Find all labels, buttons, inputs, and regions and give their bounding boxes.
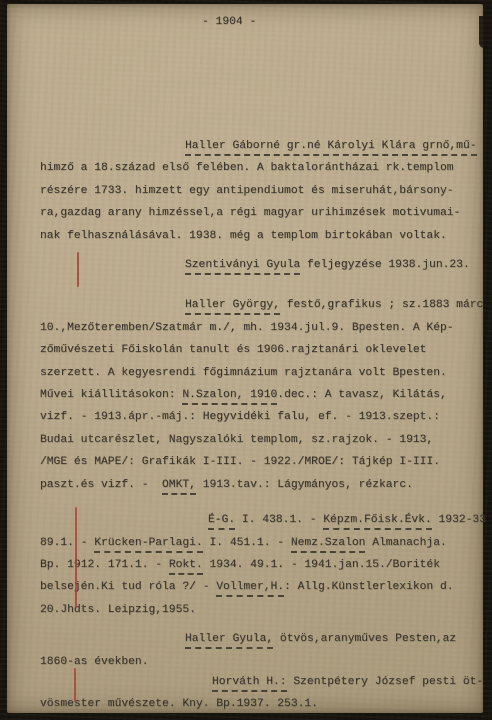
text-line: 10.,Mezőteremben/Szatmár m./, mh. 1934.j…: [40, 317, 488, 339]
text-line: paszt.és vizf. - OMKT, 1913.tav.: Lágymá…: [40, 474, 488, 496]
text-line: Művei kiállitásokon: N.Szalon, 1910.dec.…: [40, 384, 488, 406]
underlined-text: Haller György,: [185, 299, 280, 315]
text-segment: vizf. - 1913.ápr.-máj.: Hegyvidéki falu,…: [40, 411, 440, 423]
text-block: Haller Gáborné gr.né Károlyi Klára grnő,…: [40, 135, 488, 716]
text-segment: feljegyzése 1938.jun.23.: [300, 259, 469, 271]
text-segment: 10.,Mezőteremben/Szatmár m./, mh. 1934.j…: [40, 322, 454, 334]
text-segment: ötvös,aranyműves Pesten,az: [273, 633, 456, 645]
text-line: vizf. - 1913.ápr.-máj.: Hegyvidéki falu,…: [40, 406, 488, 428]
text-segment: Budai utcarészlet, Nagyszalóki templom, …: [40, 434, 433, 446]
text-segment: zőművészeti Főiskolán tanult és 1906.raj…: [40, 344, 426, 356]
source-note-horvath: Horváth H.: Szentpétery József pesti öt-…: [40, 671, 488, 716]
underlined-text: OMKT,: [162, 479, 196, 495]
text-line: himző a 18.század első felében. A baktal…: [40, 157, 488, 179]
text-segment: részére 1733. himzett egy antipendiumot …: [40, 185, 454, 197]
text-segment: Szentpétery József pesti öt-: [287, 676, 484, 688]
text-segment: paszt.és vizf. -: [40, 479, 162, 491]
page-number: - 1904 -: [202, 16, 256, 28]
text-segment: festő,grafikus ; sz.1883 márc: [280, 299, 483, 311]
underlined-text: N.Szalon, 1910: [182, 389, 277, 405]
entry-haller-gyorgy: Haller György, festő,grafikus ; sz.1883 …: [40, 294, 488, 496]
text-segment: 1860-as években.: [40, 656, 148, 668]
text-segment: Művei kiállitásokon:: [40, 389, 182, 401]
text-line: Haller Gyula, ötvös,aranyműves Pesten,az: [40, 628, 488, 650]
text-segment: ra,gazdag arany himzéssel,a régi magyar …: [40, 207, 460, 219]
underlined-text: Horváth H.:: [212, 676, 287, 692]
text-line: Bp. 1912. 171.1. - Rokt. 1934. 49.1. - 1…: [40, 554, 488, 576]
text-line: /MGE és MAPE/: Grafikák I-III. - 1922./M…: [40, 451, 488, 473]
underlined-text: Vollmer,H.: [216, 581, 284, 597]
text-segment: 1934. 49.1. - 1941.jan.15./Boriték: [203, 559, 440, 571]
text-segment: 1913.tav.: Lágymányos, rézkarc.: [196, 479, 413, 491]
text-line: Szentiványi Gyula feljegyzése 1938.jun.2…: [40, 254, 488, 276]
text-segment: .dec.: A tavasz, Kilátás,: [277, 389, 446, 401]
margin-mark-red-line: [77, 252, 79, 287]
text-segment: I. 438.1. -: [235, 514, 323, 526]
text-line: É-G. I. 438.1. - Képzm.Főisk.Évk. 1932-3…: [40, 509, 488, 531]
entry-haller-gyula: Haller Gyula, ötvös,aranyműves Pesten,az…: [40, 628, 488, 673]
text-line: nak felhasználásával. 1938. még a templo…: [40, 225, 488, 247]
underlined-text: Haller Gáborné gr.né Károlyi Klára grnő,…: [185, 140, 477, 156]
entry-haller-gaborne: Haller Gáborné gr.né Károlyi Klára grnő,…: [40, 135, 488, 247]
text-segment: szerzett. A kegyesrendi főgimnázium rajz…: [40, 367, 447, 379]
text-line: Haller Gáborné gr.né Károlyi Klára grnő,…: [40, 135, 488, 157]
text-line: szerzett. A kegyesrendi főgimnázium rajz…: [40, 362, 488, 384]
text-line: 89.1. - Krücken-Parlagi. I. 451.1. - Nem…: [40, 532, 488, 554]
text-segment: Bp. 1912. 171.1. -: [40, 559, 169, 571]
underlined-text: Rokt.: [169, 559, 203, 575]
text-line: vösmester művészete. Kny. Bp.1937. 253.1…: [40, 693, 488, 715]
bibliography-haller-gyorgy: É-G. I. 438.1. - Képzm.Főisk.Évk. 1932-3…: [40, 509, 488, 621]
underlined-text: Képzm.Főisk.Évk.: [323, 514, 431, 530]
margin-mark-red-line: [75, 507, 77, 608]
underlined-text: Szentiványi Gyula: [185, 259, 300, 275]
text-line: Horváth H.: Szentpétery József pesti öt-: [40, 671, 488, 693]
margin-mark-red-line: [74, 668, 76, 702]
text-segment: 20.Jhdts. Leipzig,1955.: [40, 604, 196, 616]
scanned-document-page: - 1904 - Haller Gáborné gr.né Károlyi Kl…: [0, 0, 492, 720]
text-segment: himző a 18.század első felében. A baktal…: [40, 162, 454, 174]
text-segment: I. 451.1. -: [203, 537, 291, 549]
underlined-text: É-G.: [208, 514, 235, 530]
text-segment: /MGE és MAPE/: Grafikák I-III. - 1922./M…: [40, 456, 440, 468]
underlined-text: Haller Gyula,: [185, 633, 273, 649]
text-segment: vösmester művészete. Kny. Bp.1937. 253.1…: [40, 698, 318, 710]
text-line: részére 1733. himzett egy antipendiumot …: [40, 180, 488, 202]
text-segment: belsején.Ki tud róla ?/ -: [40, 581, 216, 593]
text-segment: 89.1. -: [40, 537, 94, 549]
scan-edge-notch: [479, 16, 492, 48]
text-segment: : Allg.Künstlerlexikon d.: [284, 581, 453, 593]
text-line: zőművészeti Főiskolán tanult és 1906.raj…: [40, 339, 488, 361]
source-note-szentivanyi: Szentiványi Gyula feljegyzése 1938.jun.2…: [40, 254, 488, 276]
text-segment: nak felhasználásával. 1938. még a templo…: [40, 230, 447, 242]
text-line: Budai utcarészlet, Nagyszalóki templom, …: [40, 429, 488, 451]
text-line: 1860-as években.: [40, 651, 488, 673]
text-line: 20.Jhdts. Leipzig,1955.: [40, 599, 488, 621]
text-line: Haller György, festő,grafikus ; sz.1883 …: [40, 294, 488, 316]
text-line: belsején.Ki tud róla ?/ - Vollmer,H.: Al…: [40, 576, 488, 598]
text-segment: Almanachja.: [365, 537, 446, 549]
underlined-text: Nemz.Szalon: [291, 537, 366, 553]
underlined-text: Krücken-Parlagi.: [94, 537, 202, 553]
text-segment: 1932-33: [432, 514, 486, 526]
text-line: ra,gazdag arany himzéssel,a régi magyar …: [40, 202, 488, 224]
